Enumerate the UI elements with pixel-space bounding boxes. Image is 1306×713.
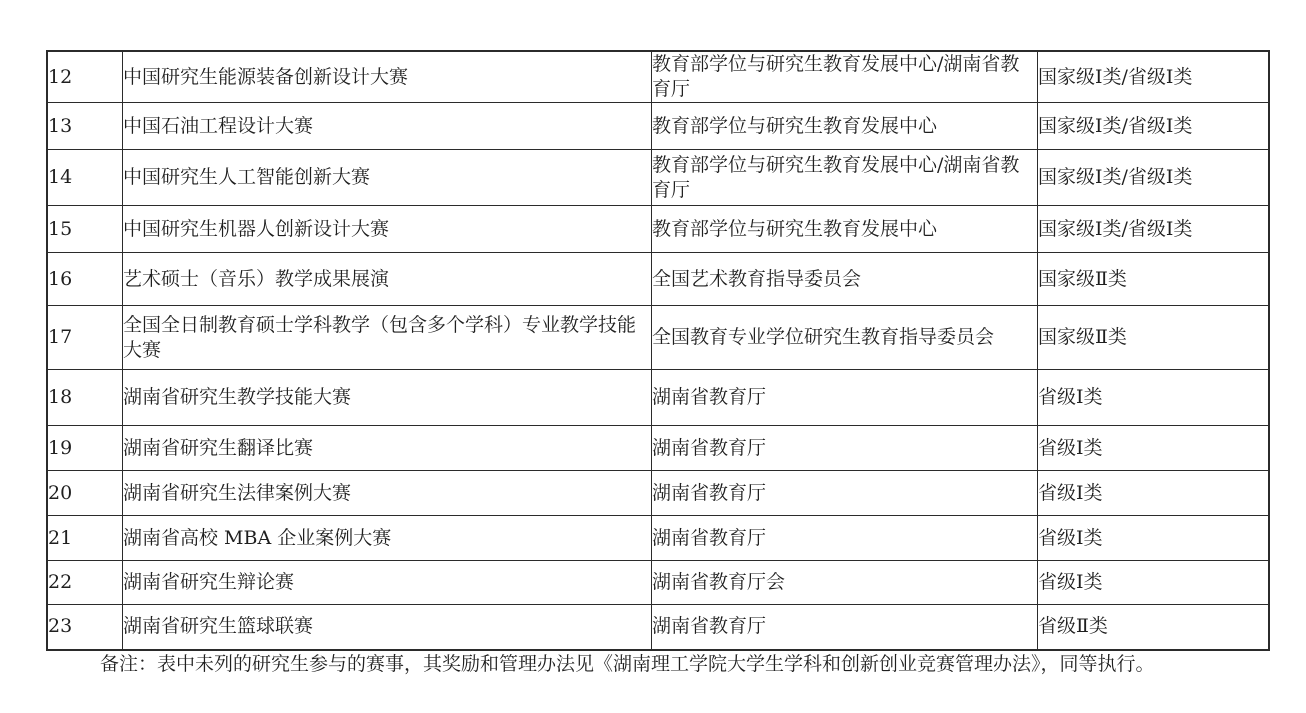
competition-table-body: 12中国研究生能源装备创新设计大赛教育部学位与研究生教育发展中心/湖南省教育厅国… bbox=[47, 51, 1269, 650]
competition-table: 12中国研究生能源装备创新设计大赛教育部学位与研究生教育发展中心/湖南省教育厅国… bbox=[46, 50, 1270, 651]
organizer-cell: 教育部学位与研究生教育发展中心 bbox=[652, 206, 1038, 253]
row-number-cell: 20 bbox=[47, 471, 123, 516]
row-number-cell: 21 bbox=[47, 516, 123, 561]
row-number-cell: 18 bbox=[47, 370, 123, 426]
competition-name-cell: 全国全日制教育硕士学科教学（包含多个学科）专业教学技能大赛 bbox=[123, 306, 652, 370]
competition-name-cell: 中国研究生人工智能创新大赛 bbox=[123, 150, 652, 206]
table-row: 15中国研究生机器人创新设计大赛教育部学位与研究生教育发展中心国家级Ⅰ类/省级Ⅰ… bbox=[47, 206, 1269, 253]
organizer-cell: 全国教育专业学位研究生教育指导委员会 bbox=[652, 306, 1038, 370]
competition-name-cell: 湖南省高校 MBA 企业案例大赛 bbox=[123, 516, 652, 561]
award-level-cell: 省级Ⅰ类 bbox=[1038, 370, 1270, 426]
table-row: 19湖南省研究生翻译比赛湖南省教育厅省级Ⅰ类 bbox=[47, 426, 1269, 471]
competition-name-cell: 湖南省研究生法律案例大赛 bbox=[123, 471, 652, 516]
table-row: 17全国全日制教育硕士学科教学（包含多个学科）专业教学技能大赛全国教育专业学位研… bbox=[47, 306, 1269, 370]
table-row: 12中国研究生能源装备创新设计大赛教育部学位与研究生教育发展中心/湖南省教育厅国… bbox=[47, 51, 1269, 103]
row-number-cell: 15 bbox=[47, 206, 123, 253]
award-level-cell: 国家级Ⅰ类/省级Ⅰ类 bbox=[1038, 206, 1270, 253]
row-number-cell: 22 bbox=[47, 561, 123, 605]
award-level-cell: 国家级Ⅱ类 bbox=[1038, 306, 1270, 370]
competition-name-cell: 湖南省研究生教学技能大赛 bbox=[123, 370, 652, 426]
table-row: 14中国研究生人工智能创新大赛教育部学位与研究生教育发展中心/湖南省教育厅国家级… bbox=[47, 150, 1269, 206]
competition-name-cell: 湖南省研究生篮球联赛 bbox=[123, 605, 652, 650]
competition-name-cell: 中国研究生能源装备创新设计大赛 bbox=[123, 51, 652, 103]
award-level-cell: 省级Ⅱ类 bbox=[1038, 605, 1270, 650]
competition-name-cell: 湖南省研究生翻译比赛 bbox=[123, 426, 652, 471]
competition-name-cell: 中国石油工程设计大赛 bbox=[123, 103, 652, 150]
organizer-cell: 湖南省教育厅 bbox=[652, 605, 1038, 650]
row-number-cell: 17 bbox=[47, 306, 123, 370]
organizer-cell: 湖南省教育厅 bbox=[652, 426, 1038, 471]
table-row: 18湖南省研究生教学技能大赛湖南省教育厅省级Ⅰ类 bbox=[47, 370, 1269, 426]
row-number-cell: 13 bbox=[47, 103, 123, 150]
footnote: 备注：表中未列的研究生参与的赛事，其奖励和管理办法见《湖南理工学院大学生学科和创… bbox=[100, 652, 1270, 677]
document-page: 12中国研究生能源装备创新设计大赛教育部学位与研究生教育发展中心/湖南省教育厅国… bbox=[0, 0, 1306, 713]
competition-name-cell: 中国研究生机器人创新设计大赛 bbox=[123, 206, 652, 253]
competition-name-cell: 湖南省研究生辩论赛 bbox=[123, 561, 652, 605]
organizer-cell: 湖南省教育厅 bbox=[652, 516, 1038, 561]
award-level-cell: 国家级Ⅰ类/省级Ⅰ类 bbox=[1038, 51, 1270, 103]
row-number-cell: 16 bbox=[47, 253, 123, 306]
table-row: 20湖南省研究生法律案例大赛湖南省教育厅省级Ⅰ类 bbox=[47, 471, 1269, 516]
award-level-cell: 省级Ⅰ类 bbox=[1038, 471, 1270, 516]
organizer-cell: 湖南省教育厅会 bbox=[652, 561, 1038, 605]
award-level-cell: 国家级Ⅱ类 bbox=[1038, 253, 1270, 306]
table-row: 21湖南省高校 MBA 企业案例大赛湖南省教育厅省级Ⅰ类 bbox=[47, 516, 1269, 561]
organizer-cell: 湖南省教育厅 bbox=[652, 370, 1038, 426]
organizer-cell: 湖南省教育厅 bbox=[652, 471, 1038, 516]
organizer-cell: 教育部学位与研究生教育发展中心/湖南省教育厅 bbox=[652, 150, 1038, 206]
organizer-cell: 教育部学位与研究生教育发展中心 bbox=[652, 103, 1038, 150]
organizer-cell: 全国艺术教育指导委员会 bbox=[652, 253, 1038, 306]
row-number-cell: 14 bbox=[47, 150, 123, 206]
table-row: 23湖南省研究生篮球联赛湖南省教育厅省级Ⅱ类 bbox=[47, 605, 1269, 650]
row-number-cell: 12 bbox=[47, 51, 123, 103]
award-level-cell: 省级Ⅰ类 bbox=[1038, 516, 1270, 561]
row-number-cell: 23 bbox=[47, 605, 123, 650]
table-row: 16艺术硕士（音乐）教学成果展演全国艺术教育指导委员会国家级Ⅱ类 bbox=[47, 253, 1269, 306]
award-level-cell: 国家级Ⅰ类/省级Ⅰ类 bbox=[1038, 103, 1270, 150]
table-row: 13中国石油工程设计大赛教育部学位与研究生教育发展中心国家级Ⅰ类/省级Ⅰ类 bbox=[47, 103, 1269, 150]
award-level-cell: 省级Ⅰ类 bbox=[1038, 561, 1270, 605]
organizer-cell: 教育部学位与研究生教育发展中心/湖南省教育厅 bbox=[652, 51, 1038, 103]
row-number-cell: 19 bbox=[47, 426, 123, 471]
award-level-cell: 省级Ⅰ类 bbox=[1038, 426, 1270, 471]
competition-name-cell: 艺术硕士（音乐）教学成果展演 bbox=[123, 253, 652, 306]
table-row: 22湖南省研究生辩论赛湖南省教育厅会省级Ⅰ类 bbox=[47, 561, 1269, 605]
award-level-cell: 国家级Ⅰ类/省级Ⅰ类 bbox=[1038, 150, 1270, 206]
